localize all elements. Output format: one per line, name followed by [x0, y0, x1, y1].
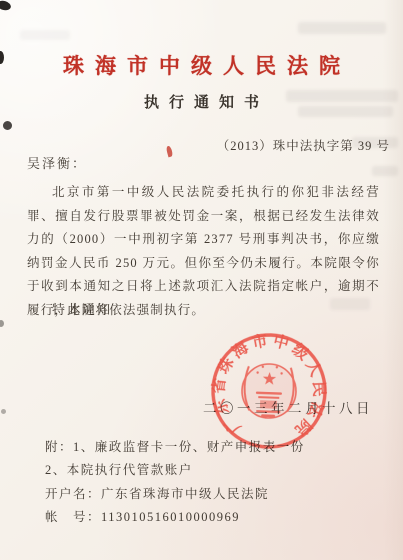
case-number: （2013）珠中法执字第 39 号 — [217, 136, 390, 154]
court-name-title: 珠海市中级人民法院 — [0, 50, 403, 80]
scan-edge-mark — [1, 409, 6, 414]
scan-edge-mark — [3, 121, 12, 130]
addressee-name: 吴泽衡： — [27, 153, 87, 172]
national-emblem-icon — [241, 363, 297, 419]
account-name-line: 开户名：广东省珠海市中级人民法院 — [45, 483, 305, 506]
document-title: 执行通知书 — [0, 91, 403, 112]
red-ink-speck — [166, 146, 173, 158]
document-content: 珠海市中级人民法院 执行通知书 （2013）珠中法执字第 39 号 吴泽衡： 北… — [0, 0, 403, 560]
account-number-line: 帐 号：113010516010000969 — [45, 506, 305, 529]
court-official-seal: 广东省珠海市中级人民法院 — [207, 329, 331, 453]
closing-phrase: 特此通知 — [27, 299, 112, 318]
scanned-notice-page: 珠海市中级人民法院 执行通知书 （2013）珠中法执字第 39 号 吴泽衡： 北… — [0, 0, 403, 560]
attachment-line-2: 2、本院执行代管款账户 — [45, 459, 305, 482]
